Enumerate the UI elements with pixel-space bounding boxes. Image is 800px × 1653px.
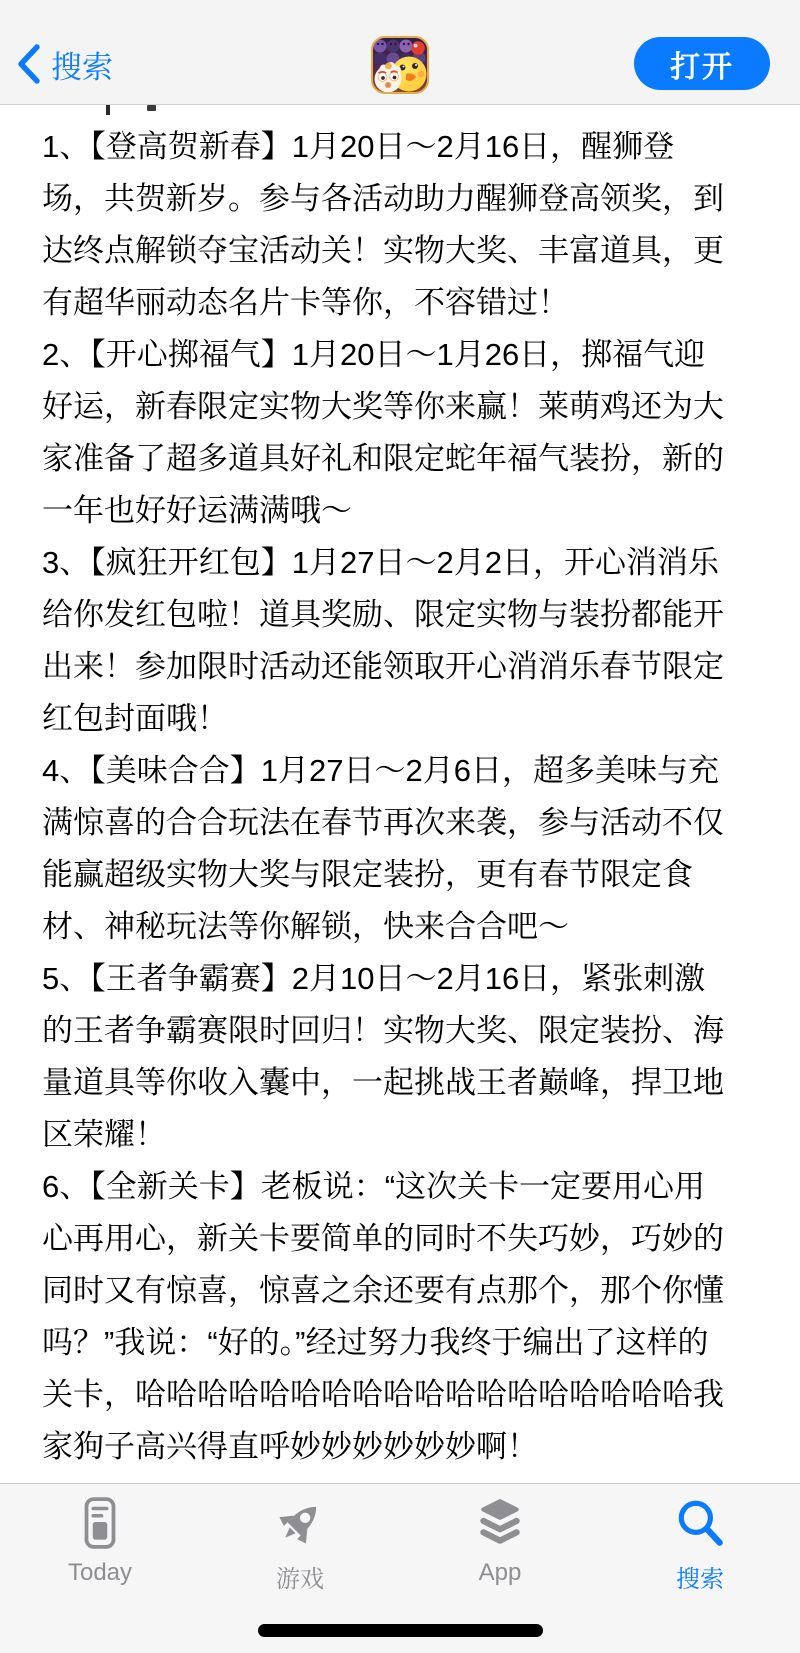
back-button-label: 搜索 <box>51 42 113 87</box>
app-icon <box>371 36 429 94</box>
home-indicator[interactable] <box>258 1624 543 1637</box>
release-note-item: 4、【美味合合】1月27日～2月6日，超多美味与充满惊喜的合合玩法在春节再次来袭… <box>42 745 724 953</box>
open-app-button[interactable]: 打开 <box>634 37 770 90</box>
search-icon <box>673 1496 727 1550</box>
rocket-icon <box>273 1496 327 1550</box>
release-note-item: 5、【王者争霸赛】2月10日～2月16日，紧张刺激的王者争霸赛限时回归！实物大奖… <box>42 953 724 1161</box>
tab-label: Today <box>68 1559 132 1587</box>
today-icon <box>73 1496 127 1550</box>
clipped-text-fragment <box>106 105 176 117</box>
release-note-item: 3、【疯狂开红包】1月27日～2月2日，开心消消乐给你发红包啦！道具奖励、限定实… <box>42 537 724 745</box>
chevron-left-icon <box>16 42 42 86</box>
tab-label: 搜索 <box>676 1559 724 1594</box>
nav-bar: 搜索 <box>0 0 800 105</box>
back-to-search-button[interactable]: 搜索 <box>16 37 113 91</box>
stacked-layers-icon <box>473 1496 527 1550</box>
tab-label: App <box>479 1559 522 1587</box>
release-note-item: 6、【全新关卡】老板说：“这次关卡一定要用心用心再用心，新关卡要简单的同时不失巧… <box>42 1161 724 1473</box>
open-button-label: 打开 <box>670 42 734 86</box>
tab-search[interactable]: 搜索 <box>600 1484 800 1653</box>
tab-today[interactable]: Today <box>0 1484 200 1653</box>
release-notes: 1、【登高贺新春】1月20日～2月16日，醒狮登场，共贺新岁。参与各活动助力醒狮… <box>42 0 724 1473</box>
tab-label: 游戏 <box>276 1559 324 1594</box>
app-store-version-history-screen: 1、【登高贺新春】1月20日～2月16日，醒狮登场，共贺新岁。参与各活动助力醒狮… <box>0 0 800 1653</box>
release-note-item: 2、【开心掷福气】1月20日～1月26日，掷福气迎好运，新春限定实物大奖等你来赢… <box>42 329 724 537</box>
release-note-item: 1、【登高贺新春】1月20日～2月16日，醒狮登场，共贺新岁。参与各活动助力醒狮… <box>42 121 724 329</box>
